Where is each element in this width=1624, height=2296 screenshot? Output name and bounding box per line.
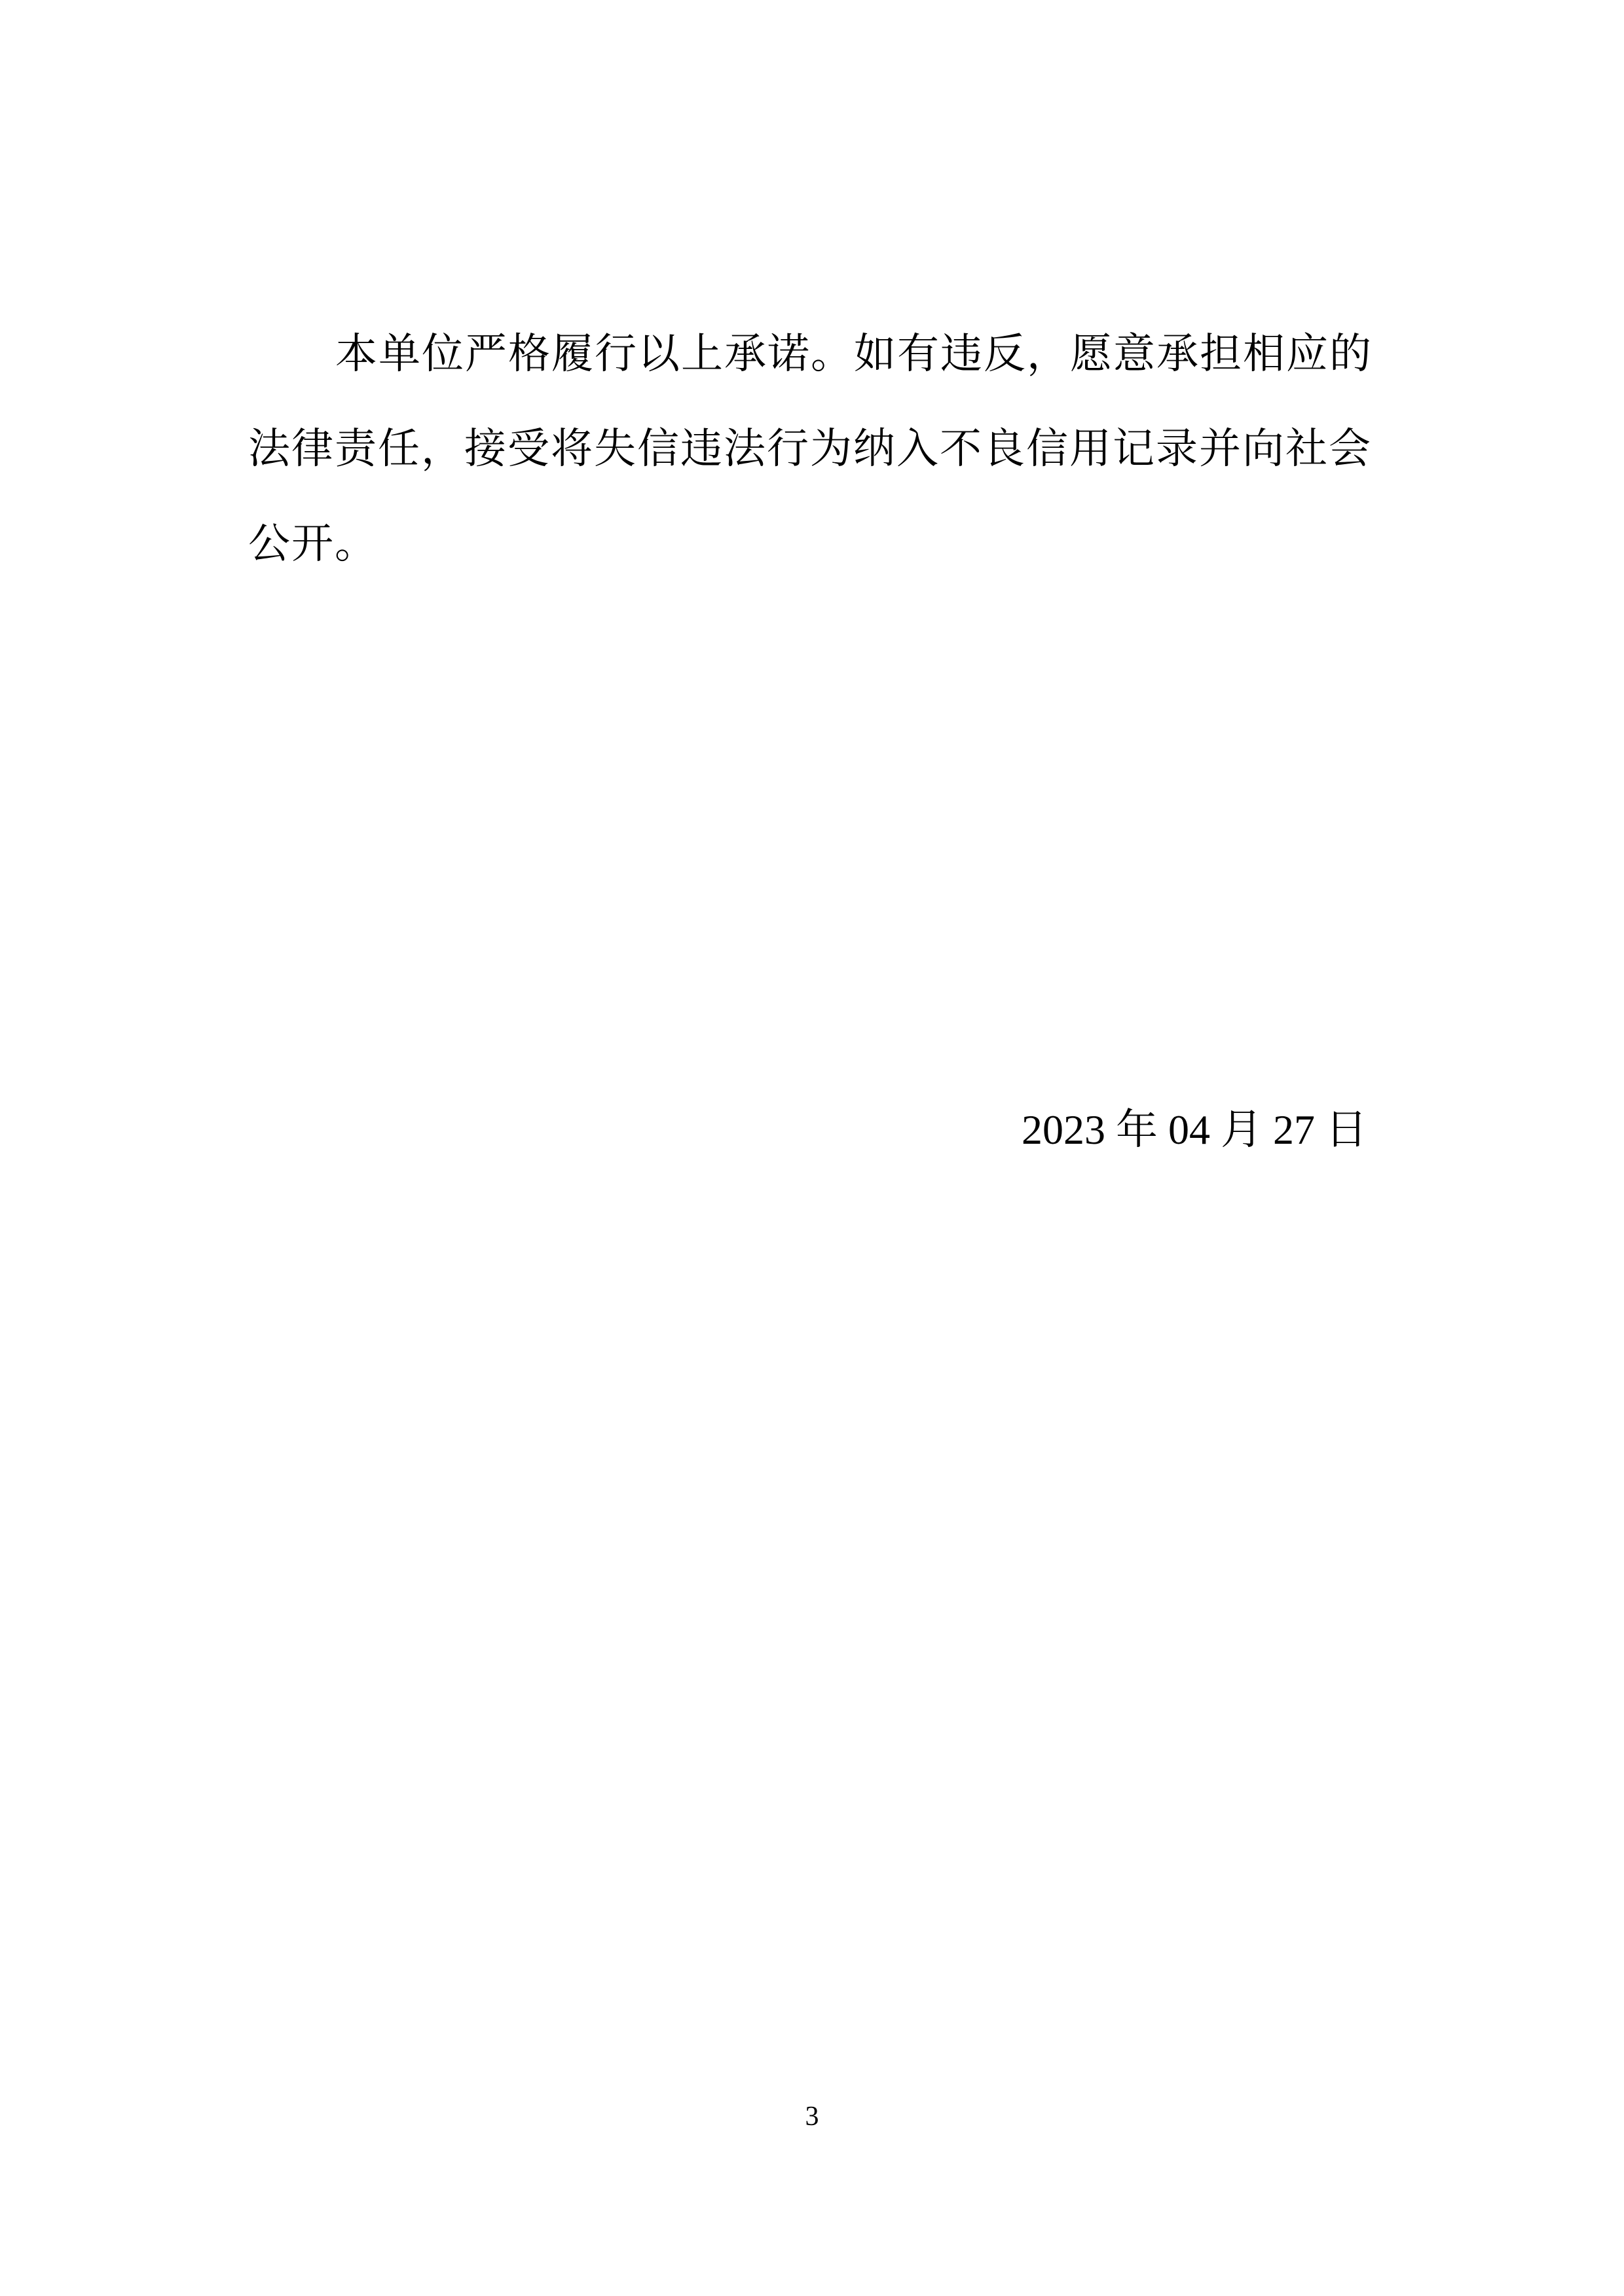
page-number: 3 <box>0 2103 1624 2130</box>
document-page: 本单位严格履行以上承诺。如有违反，愿意承担相应的 法律责任，接受将失信违法行为纳… <box>0 0 1624 2296</box>
commitment-paragraph: 本单位严格履行以上承诺。如有违反，愿意承担相应的 法律责任，接受将失信违法行为纳… <box>248 331 1375 616</box>
signature-date: 2023 年 04 月 27 日 <box>248 1107 1375 1153</box>
paragraph-line-3: 公开。 <box>248 521 1375 616</box>
paragraph-line-2: 法律责任，接受将失信违法行为纳入不良信用记录并向社会 <box>248 426 1375 521</box>
paragraph-line-1: 本单位严格履行以上承诺。如有违反，愿意承担相应的 <box>248 331 1375 426</box>
